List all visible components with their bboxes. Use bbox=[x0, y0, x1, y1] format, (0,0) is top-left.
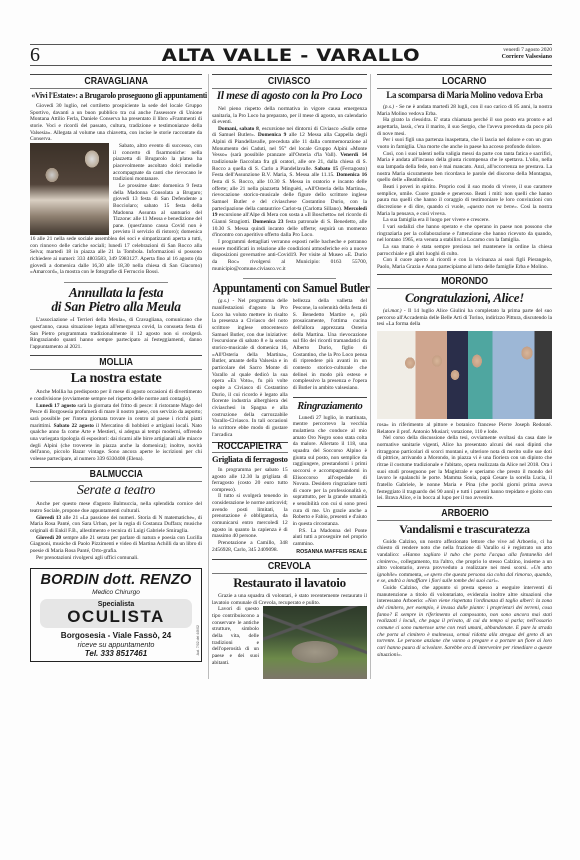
article-body: Anche Mollia ha predisposto per il mese … bbox=[30, 389, 202, 462]
butler-right-column: bellezza della valletta del Pescone, la … bbox=[293, 298, 367, 555]
divider bbox=[64, 282, 167, 283]
headline-ringraziamento: Ringraziamento bbox=[293, 401, 367, 412]
paragraph: Anche per questo mese d'agosto Balmuccia… bbox=[30, 501, 202, 514]
dateline: venerdì 7 agosto 2020 Corriere Valsesian… bbox=[502, 47, 552, 61]
paragraph: Il tutto si svolgerà tenendo in consider… bbox=[212, 493, 288, 540]
column-right: LOCARNO La scomparsa di Maria Molino ved… bbox=[377, 74, 552, 658]
lavatoio-photo bbox=[263, 606, 367, 679]
paragraph: (ai.mar.) - Il 14 luglio Alice Giulini h… bbox=[377, 308, 552, 328]
kicker-crevola: CREVOLA bbox=[212, 559, 367, 574]
paragraph: Nel corso della discussione della tesi, … bbox=[377, 435, 552, 502]
butler-left-column: (g.s.) - Nel programma delle manifestazi… bbox=[212, 298, 288, 555]
kicker-arboerio: ARBOERIO bbox=[377, 506, 552, 521]
ad-authorization: Aut. 7/02 del 4/8/02 bbox=[196, 625, 200, 655]
article-body: (p.s.) - Se ne è andata martedì 28 lugli… bbox=[377, 104, 552, 270]
paragraph: rosa» in riferimento al pittore e botani… bbox=[377, 422, 552, 435]
signature: ROSANNA MAFFEIS REALE bbox=[293, 549, 367, 556]
article-butler: Appuntamenti con Samuel Butler (g.s.) - … bbox=[212, 282, 367, 555]
ad-doctor-name: BORDIN dott. RENZO bbox=[35, 572, 197, 588]
headline-locarno: La scomparsa di Maria Molino vedova Erba bbox=[378, 91, 552, 101]
article-mollia: MOLLIA La nostra estate Anche Mollia ha … bbox=[30, 355, 202, 463]
article-cravagliana: CRAVAGLIANA «Vivi l'Estate»: a Brugarolo… bbox=[30, 74, 202, 276]
article-crevola: CREVOLA Restaurato il lavatoio Grazie a … bbox=[212, 559, 367, 666]
ad-role: Medico Chirurgo bbox=[35, 589, 197, 596]
paragraph: Lunedì 17 agosto sarà la giornata del fr… bbox=[30, 403, 202, 463]
article-body: Nel pieno rispetto della normativa in vi… bbox=[212, 106, 367, 272]
alice-family-photo bbox=[377, 331, 552, 419]
cravagliana-photo bbox=[30, 143, 109, 235]
section-title: ALTA VALLE - VARALLO bbox=[0, 46, 580, 66]
kicker-cravagliana: CRAVAGLIANA bbox=[30, 74, 202, 89]
paragraph: (g.s.) - Nel programma delle manifestazi… bbox=[212, 298, 288, 438]
paragraph: I vari sodalizi che hanno operato e che … bbox=[377, 224, 552, 244]
ad-address: Borgosesia - Viale Fassò, 24 bbox=[35, 631, 197, 640]
paragraph: Per prenotazioni rivolgersi agli uffici … bbox=[30, 555, 202, 562]
kicker-roccapietra: ROCCAPIETRA bbox=[212, 442, 288, 453]
article-body: Anche per questo mese d'agosto Balmuccia… bbox=[30, 501, 202, 561]
masthead: 6 ALTA VALLE - VARALLO venerdì 7 agosto … bbox=[30, 44, 552, 66]
paragraph: L'associazione «I Terrieri della Meula»,… bbox=[30, 317, 202, 350]
headline-meula: Annullata la festa di San Pietro alla Me… bbox=[30, 286, 202, 314]
paragraph: La sua mano è stata sempre preziosa nel … bbox=[377, 244, 552, 257]
headline-crevola: Restaurato il lavatoio bbox=[212, 576, 367, 590]
article-morondo: MORONDO Congratulazioni, Alice! (ai.mar.… bbox=[377, 274, 552, 501]
paragraph: Prenotazione a Camillo, 348 2456928, Car… bbox=[212, 540, 288, 553]
divider bbox=[243, 278, 336, 279]
paragraph: I programmi dettagliati verranno esposti… bbox=[212, 239, 367, 272]
kicker-balmuccia: BALMUCCIA bbox=[30, 467, 202, 482]
paragraph: (p.s.) - Se ne è andata martedì 28 lugli… bbox=[377, 104, 552, 117]
article-balmuccia: BALMUCCIA Serate a teatro Anche per ques… bbox=[30, 467, 202, 562]
article-arboerio: ARBOERIO Vandalismi e trascuratezza Guid… bbox=[377, 506, 552, 658]
article-meula: Annullata la festa di San Pietro alla Me… bbox=[30, 286, 202, 351]
headline-cravagliana: «Vivi l'Estate»: a Brugarolo proseguono … bbox=[31, 91, 200, 100]
headline-butler: Appuntamenti con Samuel Butler bbox=[213, 282, 367, 295]
headline-line: di San Pietro alla Meula bbox=[51, 299, 180, 314]
paragraph: Con il cuore aperto ai ricordi e con la … bbox=[377, 257, 552, 270]
newspaper-page: 6 ALTA VALLE - VARALLO venerdì 7 agosto … bbox=[30, 44, 552, 66]
butler-two-columns: (g.s.) - Nel programma delle manifestazi… bbox=[212, 298, 367, 555]
advertisement-oculist: BORDIN dott. RENZO Medico Chirurgo Speci… bbox=[30, 568, 202, 662]
paragraph: Per i suoi figli una partenza inaspettat… bbox=[377, 137, 552, 150]
article-body: Guido Calzino, un nostro affezionato let… bbox=[377, 539, 552, 659]
headline-mollia: La nostra estate bbox=[30, 372, 202, 387]
paragraph: Guido Calzino, che appunto si presta spe… bbox=[377, 585, 552, 658]
article-body: (ai.mar.) - Il 14 luglio Alice Giulini h… bbox=[377, 308, 552, 502]
paragraph: In programma per sabato 15 agosto alle 1… bbox=[212, 467, 288, 494]
paragraph: Giovedì 30 luglio, nel cortiletto prospi… bbox=[30, 103, 202, 143]
paper-name: Corriere Valsesiano bbox=[502, 54, 552, 61]
headline-line: Annullata la festa bbox=[69, 285, 163, 300]
article-ringraziamento: Ringraziamento Lunedì 27 luglio, in matt… bbox=[293, 397, 367, 556]
paragraph: Ha girato la clessidra. E' stata chiamat… bbox=[377, 117, 552, 137]
column-left: CRAVAGLIANA «Vivi l'Estate»: a Brugarolo… bbox=[30, 74, 202, 662]
ad-appointment: riceve su appuntamento bbox=[35, 640, 197, 649]
headline-morondo: Congratulazioni, Alice! bbox=[377, 291, 552, 305]
paragraph: Nel pieno rispetto della normativa in vi… bbox=[212, 106, 367, 126]
paragraph: Anche Mollia ha predisposto per il mese … bbox=[30, 389, 202, 402]
article-civiasco: CIVIASCO Il mese di agosto con la Pro Lo… bbox=[212, 74, 367, 272]
paragraph: Beati i poveri in spirito. Proprio così … bbox=[377, 184, 552, 217]
paragraph: P.S. La Madonna del Ponte aiuti tutti a … bbox=[293, 528, 367, 548]
article-body: Giovedì 30 luglio, nel cortiletto prospi… bbox=[30, 103, 202, 276]
kicker-locarno: LOCARNO bbox=[377, 74, 552, 89]
paragraph: Domani, sabato 8, escursione nei dintorn… bbox=[212, 126, 367, 239]
article-body: Grazie a una squadra di volontari, è sta… bbox=[212, 593, 367, 666]
kicker-morondo: MORONDO bbox=[377, 274, 552, 289]
paragraph: Giovedì 13 alle 21 «La passione dei nume… bbox=[30, 515, 202, 535]
headline-arboerio: Vandalismi e trascuratezza bbox=[377, 523, 552, 536]
issue-date: venerdì 7 agosto 2020 bbox=[502, 47, 552, 54]
headline-roccapietra: Grigliata di ferragosto bbox=[212, 455, 288, 464]
paragraph: Giovedì 20 sempre alle 21 serata per par… bbox=[30, 535, 202, 555]
headline-balmuccia: Serate a teatro bbox=[30, 484, 202, 499]
ad-specialty: OCULISTA bbox=[40, 608, 192, 625]
paragraph: Grazie a una squadra di volontari, è sta… bbox=[212, 593, 367, 606]
paragraph: Guido Calzino, un nostro affezionato let… bbox=[377, 539, 552, 586]
headline-civiasco: Il mese di agosto con la Pro Loco bbox=[212, 91, 367, 103]
article-locarno: LOCARNO La scomparsa di Maria Molino ved… bbox=[377, 74, 552, 270]
article-body: L'associazione «I Terrieri della Meula»,… bbox=[30, 317, 202, 350]
paragraph: La sua famiglia era il luogo per vivere … bbox=[377, 217, 552, 224]
paragraph: bellezza della valletta del Pescone, la … bbox=[293, 298, 367, 391]
kicker-mollia: MOLLIA bbox=[30, 355, 202, 370]
ad-specialty-box: Specialista OCULISTA bbox=[40, 599, 192, 628]
paragraph: Lunedì 27 luglio, in mattinata, mentre p… bbox=[293, 415, 367, 528]
column-center: CIVIASCO Il mese di agosto con la Pro Lo… bbox=[208, 74, 371, 679]
article-roccapietra: ROCCAPIETRA Grigliata di ferragosto In p… bbox=[212, 442, 288, 553]
kicker-civiasco: CIVIASCO bbox=[212, 74, 367, 89]
ad-phone: Tel. 333 8517461 bbox=[35, 649, 197, 658]
paragraph: Così, con i suoi talenti nella valigia m… bbox=[377, 151, 552, 184]
